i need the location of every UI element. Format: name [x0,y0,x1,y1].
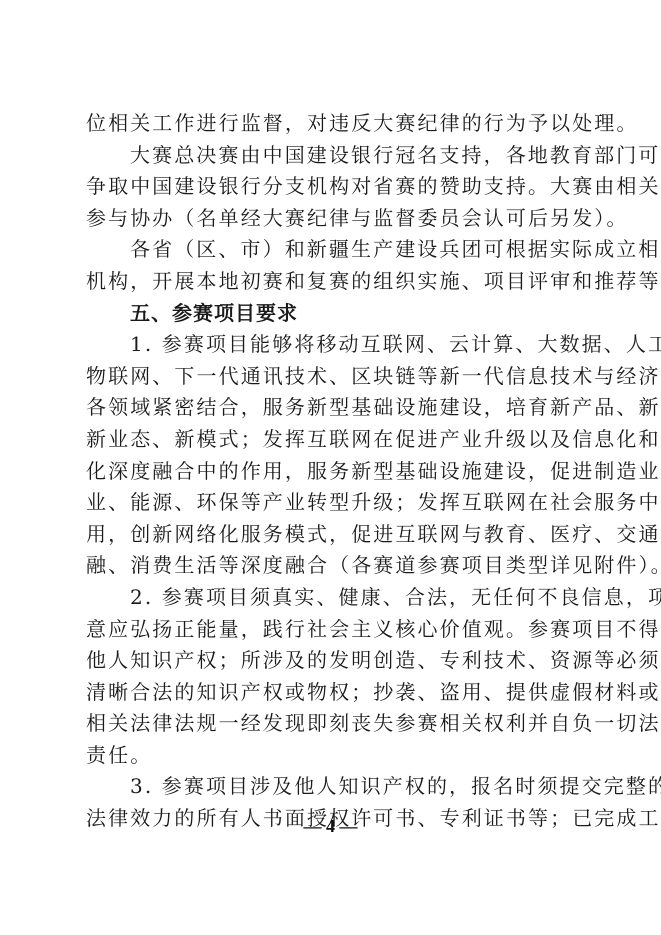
text-line: 融、消费生活等深度融合（各赛道参赛项目类型详见附件）。 [86,550,576,582]
text-line: 1. 参赛项目能够将移动互联网、云计算、大数据、人工智能、 [86,329,576,361]
text-line: 参与协办（名单经大赛纪律与监督委员会认可后另发）。 [86,203,576,235]
text-line: 意应弘扬正能量，践行社会主义核心价值观。参赛项目不得侵犯 [86,614,576,646]
text-line: 各领域紧密结合，服务新型基础设施建设，培育新产品、新服务、 [86,392,576,424]
text-line: 各省（区、市）和新疆生产建设兵团可根据实际成立相应的 [86,234,576,266]
text-line: 物联网、下一代通讯技术、区块链等新一代信息技术与经济社会 [86,361,576,393]
text-line: 责任。 [86,740,576,772]
text-line: 相关法律法规一经发现即刻丧失参赛相关权利并自负一切法律 [86,708,576,740]
text-line: 位相关工作进行监督，对违反大赛纪律的行为予以处理。 [86,108,576,140]
section-heading: 五、参赛项目要求 [86,298,576,330]
page-number: — 4 — [0,816,661,837]
text-line: 2. 参赛项目须真实、健康、合法，无任何不良信息，项目立 [86,582,576,614]
text-line: 机构，开展本地初赛和复赛的组织实施、项目评审和推荐等工作。 [86,266,576,298]
text-line: 他人知识产权；所涉及的发明创造、专利技术、资源等必须拥有 [86,645,576,677]
text-line: 争取中国建设银行分支机构对省赛的赞助支持。大赛由相关组织 [86,171,576,203]
text-line: 用，创新网络化服务模式，促进互联网与教育、医疗、交通、金 [86,519,576,551]
text-line: 清晰合法的知识产权或物权；抄袭、盗用、提供虚假材料或违反 [86,677,576,709]
text-line: 新业态、新模式；发挥互联网在促进产业升级以及信息化和工业 [86,424,576,456]
document-page: 位相关工作进行监督，对违反大赛纪律的行为予以处理。 大赛总决赛由中国建设银行冠名… [86,108,576,835]
text-line: 化深度融合中的作用，服务新型基础设施建设，促进制造业、农 [86,456,576,488]
text-line: 业、能源、环保等产业转型升级；发挥互联网在社会服务中的作 [86,487,576,519]
text-line: 3. 参赛项目涉及他人知识产权的，报名时须提交完整的具有 [86,771,576,803]
text-line: 大赛总决赛由中国建设银行冠名支持，各地教育部门可积极 [86,140,576,172]
